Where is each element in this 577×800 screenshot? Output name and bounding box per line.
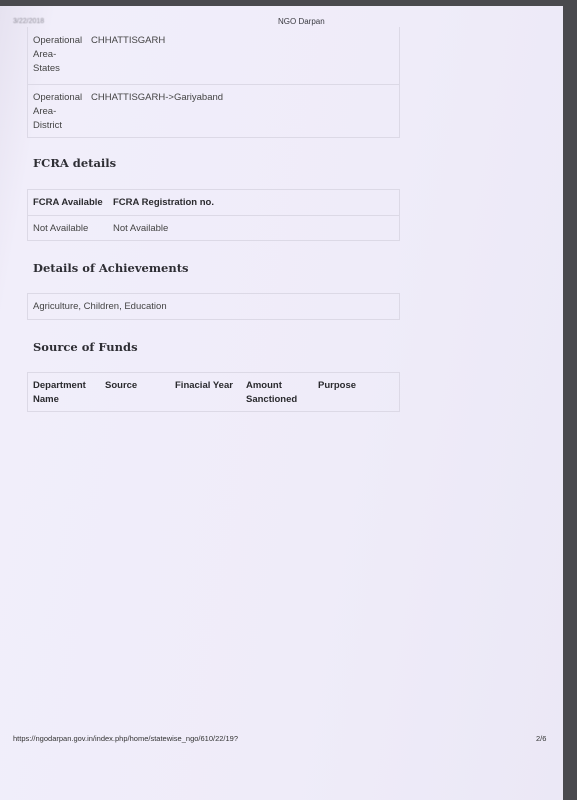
achievements-table: Agriculture, Children, Education bbox=[27, 293, 400, 320]
table-cell: Not Available bbox=[28, 216, 108, 240]
table-row: Not Available Not Available bbox=[28, 215, 399, 240]
print-date: 3/22/2018 bbox=[13, 18, 44, 25]
funds-heading: Source of Funds bbox=[33, 340, 138, 354]
row-value: CHHATTISGARH->Gariyaband bbox=[86, 85, 228, 137]
table-row: Agriculture, Children, Education bbox=[28, 294, 399, 319]
column-header: Source bbox=[100, 373, 170, 411]
operational-area-table: Operational Area- States CHHATTISGARH Op… bbox=[27, 27, 400, 138]
column-header: Department Name bbox=[28, 373, 100, 411]
table-cell: Not Available bbox=[108, 216, 173, 240]
label-line: Area- bbox=[33, 48, 81, 62]
table-cell: Agriculture, Children, Education bbox=[28, 294, 172, 319]
header-line: Name bbox=[33, 393, 95, 407]
row-label: Operational Area- States bbox=[28, 30, 86, 84]
row-label: Operational Area- District bbox=[28, 85, 86, 137]
column-header: FCRA Registration no. bbox=[108, 190, 219, 215]
column-header: Amount Sanctioned bbox=[241, 373, 313, 411]
table-row: Operational Area- District CHHATTISGARH-… bbox=[28, 84, 399, 137]
table-header-row: FCRA Available FCRA Registration no. bbox=[28, 190, 399, 215]
column-header: FCRA Available bbox=[28, 190, 108, 215]
table-header-row: Department Name Source Finacial Year Amo… bbox=[28, 373, 399, 411]
header-line: Department bbox=[33, 379, 95, 393]
footer-page-number: 2/6 bbox=[536, 734, 546, 743]
print-title: NGO Darpan bbox=[278, 17, 325, 26]
column-header: Purpose bbox=[313, 373, 361, 411]
label-line: Operational bbox=[33, 91, 81, 105]
funds-table: Department Name Source Finacial Year Amo… bbox=[27, 372, 400, 412]
header-line: Sanctioned bbox=[246, 393, 308, 407]
label-line: Operational bbox=[33, 34, 81, 48]
achievements-heading: Details of Achievements bbox=[33, 261, 189, 275]
label-line: Area- bbox=[33, 105, 81, 119]
table-row: Operational Area- States CHHATTISGARH bbox=[28, 27, 399, 84]
row-value: CHHATTISGARH bbox=[86, 30, 170, 84]
label-line: District bbox=[33, 119, 81, 133]
scanned-page: 3/22/2018 NGO Darpan Operational Area- S… bbox=[0, 6, 563, 800]
fcra-heading: FCRA details bbox=[33, 156, 116, 170]
header-line: Amount bbox=[246, 379, 308, 393]
column-header: Finacial Year bbox=[170, 373, 241, 411]
fcra-table: FCRA Available FCRA Registration no. Not… bbox=[27, 189, 400, 241]
label-line: States bbox=[33, 62, 81, 76]
footer-url: https://ngodarpan.gov.in/index.php/home/… bbox=[13, 734, 238, 743]
